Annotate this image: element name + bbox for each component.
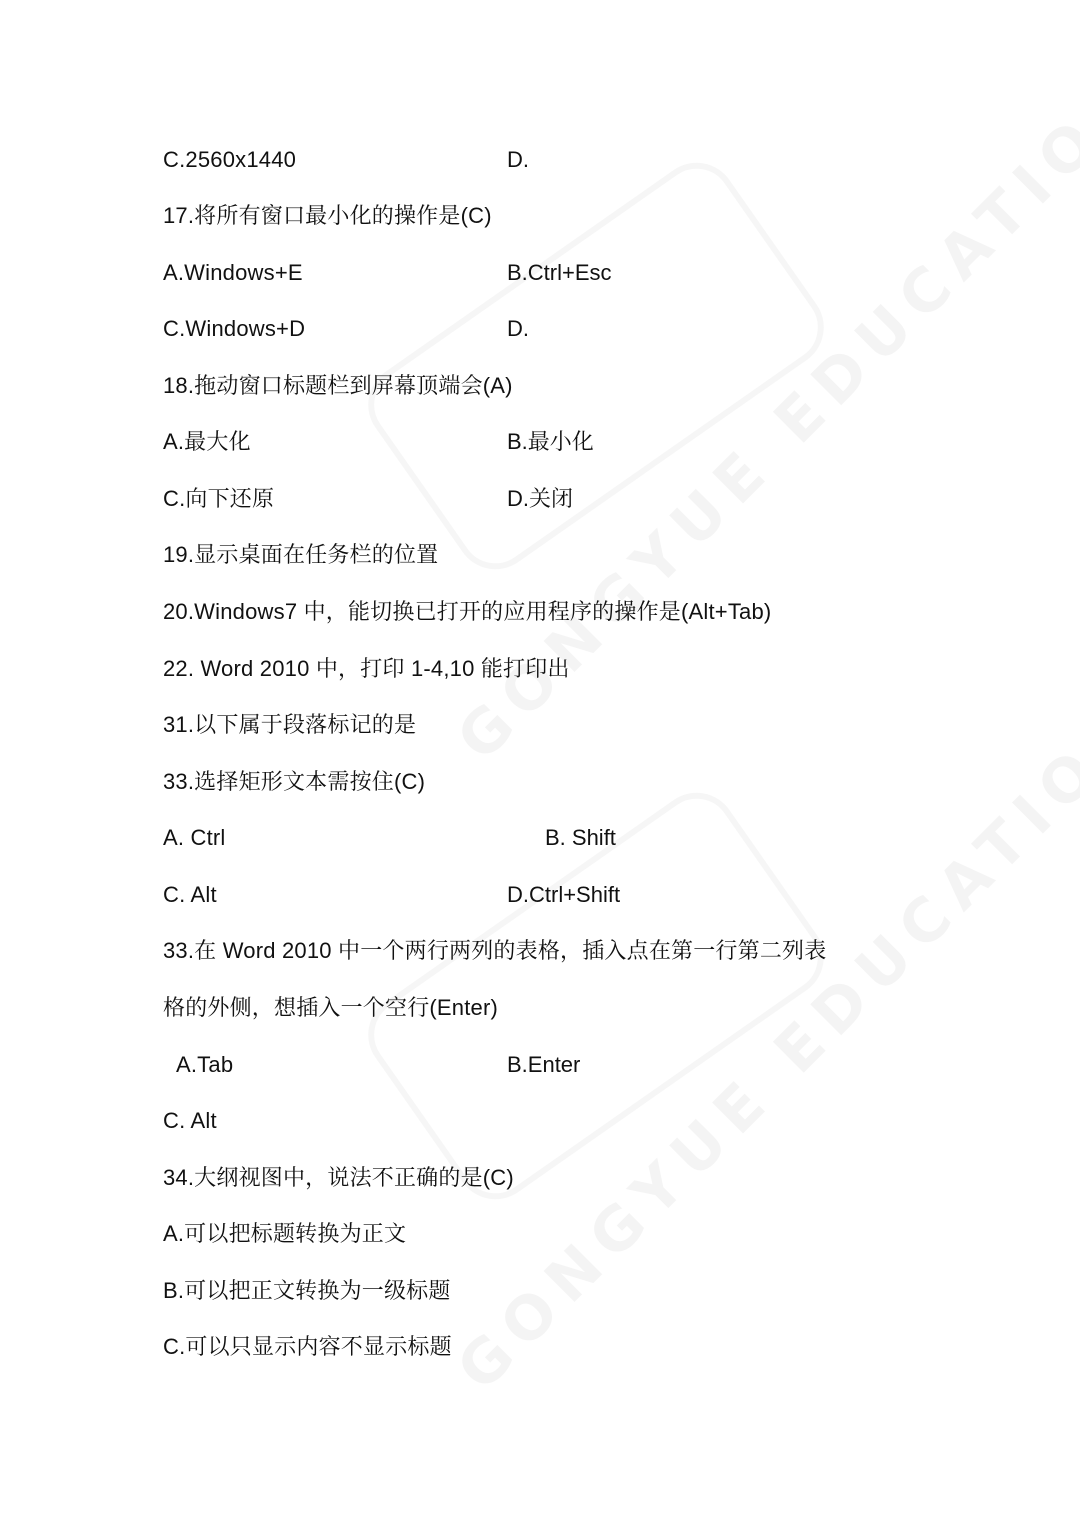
option-left: A.Windows+E bbox=[163, 259, 303, 287]
question-line: 33.选择矩形文本需按住(C) bbox=[163, 768, 425, 796]
question-line: 22. Word 2010 中，打印 1-4,10 能打印出 bbox=[163, 655, 570, 683]
question-line: 格的外侧，想插入一个空行(Enter) bbox=[163, 994, 498, 1022]
question-line: 17.将所有窗口最小化的操作是(C) bbox=[163, 202, 492, 230]
question-line: 18.拖动窗口标题栏到屏幕顶端会(A) bbox=[163, 372, 513, 400]
question-line: A.可以把标题转换为正文 bbox=[163, 1220, 406, 1248]
option-right: D. bbox=[507, 315, 529, 343]
question-line: 33.在 Word 2010 中一个两行两列的表格，插入点在第一行第二列表 bbox=[163, 937, 826, 965]
option-right: D.关闭 bbox=[507, 485, 573, 513]
option-left: C.2560x1440 bbox=[163, 146, 296, 174]
question-line: 34.大纲视图中，说法不正确的是(C) bbox=[163, 1164, 514, 1192]
question-line: C.可以只显示内容不显示标题 bbox=[163, 1333, 452, 1361]
question-line: B.可以把正文转换为一级标题 bbox=[163, 1277, 451, 1305]
option-left: A.Tab bbox=[176, 1051, 233, 1079]
question-line: 19.显示桌面在任务栏的位置 bbox=[163, 541, 438, 569]
option-left: C. Alt bbox=[163, 881, 217, 909]
option-left: C.Windows+D bbox=[163, 315, 305, 343]
option-right: D. bbox=[507, 146, 529, 174]
option-left: A.最大化 bbox=[163, 428, 251, 456]
option-left: C.向下还原 bbox=[163, 485, 274, 513]
option-right: D.Ctrl+Shift bbox=[507, 881, 620, 909]
option-right: B.Enter bbox=[507, 1051, 580, 1079]
option-right: B. Shift bbox=[545, 824, 616, 852]
question-line: 31.以下属于段落标记的是 bbox=[163, 711, 416, 739]
option-left: A. Ctrl bbox=[163, 824, 226, 852]
option-right: B.Ctrl+Esc bbox=[507, 259, 612, 287]
option-right: B.最小化 bbox=[507, 428, 594, 456]
watermark-text-bottom: GONGYUE EDUCATION bbox=[444, 686, 1080, 1405]
question-line: 20.Windows7 中，能切换已打开的应用程序的操作是(Alt+Tab) bbox=[163, 598, 771, 626]
question-line: C. Alt bbox=[163, 1107, 217, 1135]
